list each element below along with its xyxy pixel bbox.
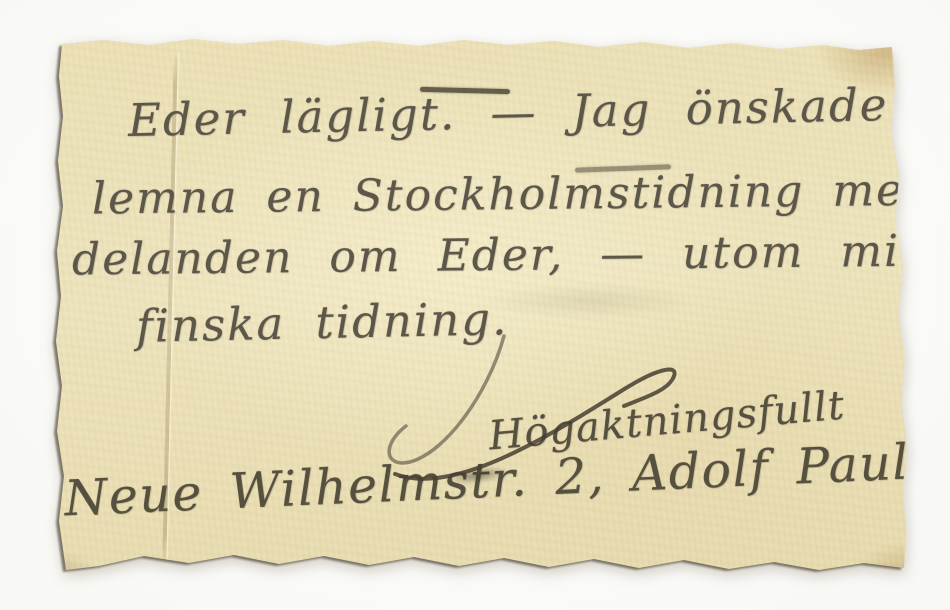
- handwriting-line-2: lemna en Stockholmstidning med-: [92, 165, 950, 225]
- photo-frame: Eder lägligt. — Jag önskade lemna en Sto…: [0, 0, 950, 610]
- handwritten-note-paper: Eder lägligt. — Jag önskade lemna en Sto…: [54, 36, 910, 578]
- signature-flourish: [374, 346, 704, 496]
- handwriting-line-3: delanden om Eder, — utom min: [72, 226, 931, 286]
- ink-show-through-smudge: [484, 284, 694, 318]
- paper-shadow-wrap: Eder lägligt. — Jag önskade lemna en Sto…: [54, 36, 910, 578]
